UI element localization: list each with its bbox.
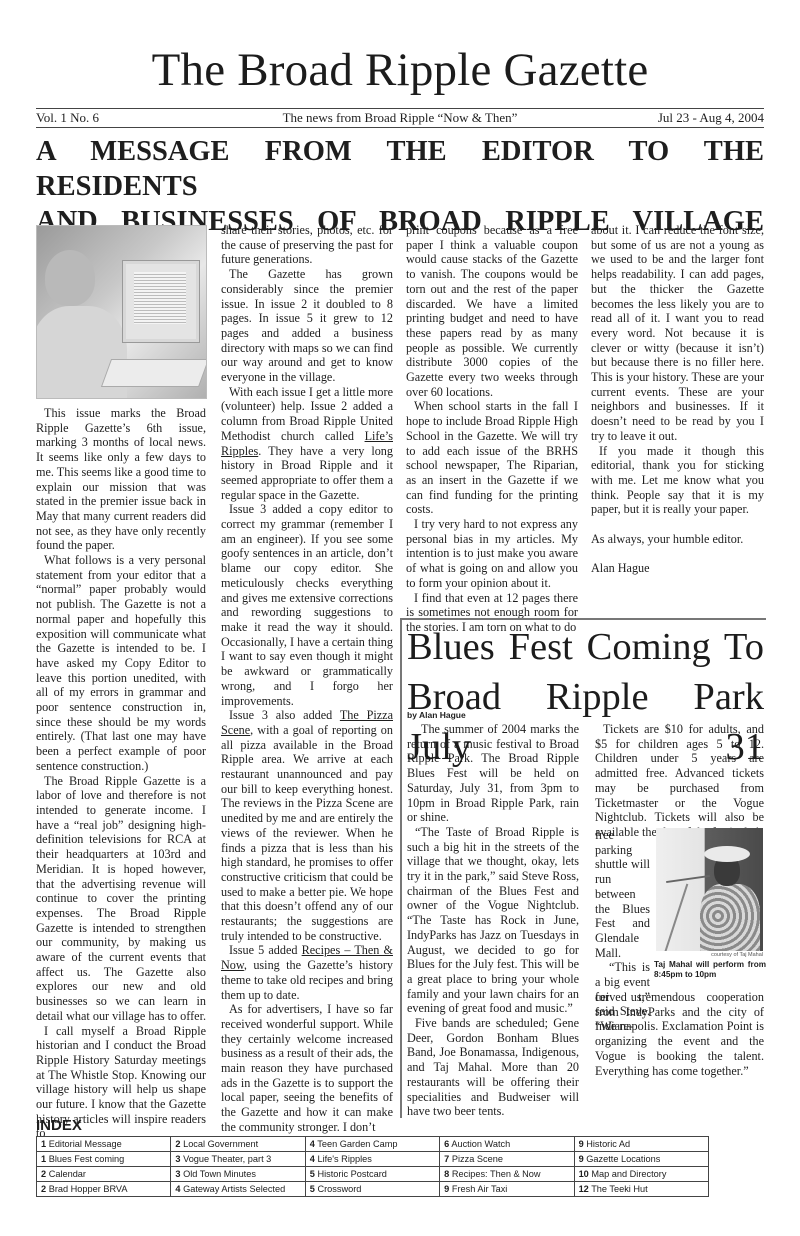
index-row: 2 Brad Hopper BRVA4 Gateway Artists Sele… <box>37 1182 709 1197</box>
index-page-number: 9 <box>579 1154 584 1164</box>
index-entry[interactable]: 2 Calendar <box>37 1167 171 1182</box>
paragraph: free parking shuttle will run between th… <box>595 828 650 960</box>
index-entry[interactable]: 9 Gazette Locations <box>574 1152 708 1167</box>
paragraph: The summer of 2004 marks the return of a… <box>407 722 579 825</box>
index-page-number: 3 <box>175 1154 180 1164</box>
index-page-number: 12 <box>579 1184 589 1194</box>
paragraph: The Broad Ripple Gazette is a labor of l… <box>36 774 206 1024</box>
index-entry[interactable]: 2 Local Government <box>171 1137 305 1152</box>
paragraph: Tickets are $10 for adults, and $5 for c… <box>595 722 764 840</box>
index-entry[interactable]: 3 Vogue Theater, part 3 <box>171 1152 305 1167</box>
index-entry-label: Map and Directory <box>591 1169 666 1179</box>
index-entry-label: Gateway Artists Selected <box>183 1184 285 1194</box>
photo-monitor <box>123 261 199 342</box>
index-page-number: 1 <box>41 1139 46 1149</box>
paragraph: With each issue I get a little more (vol… <box>221 385 393 503</box>
index-page-number: 4 <box>310 1139 315 1149</box>
microphone <box>666 875 710 883</box>
tagline: The news from Broad Ripple “Now & Then” <box>36 109 764 127</box>
newspaper-masthead: The Broad Ripple Gazette <box>0 40 800 100</box>
index-entry-label: Pizza Scene <box>452 1154 503 1164</box>
index-heading: INDEX <box>36 1118 82 1134</box>
index-entry-label: Historic Postcard <box>317 1169 386 1179</box>
index-entry-label: Calendar <box>49 1169 86 1179</box>
photo-performer-hat <box>704 846 750 862</box>
paragraph: Issue 5 added Recipes – Then & Now, usin… <box>221 943 393 1002</box>
index-page-number: 7 <box>444 1154 449 1164</box>
index-entry[interactable]: 5 Crossword <box>305 1182 439 1197</box>
index-page-number: 6 <box>444 1139 449 1149</box>
editorial-column-3: print coupons because as a free paper I … <box>406 223 578 635</box>
index-page-number: 2 <box>41 1184 46 1194</box>
index-page-number: 3 <box>175 1169 180 1179</box>
volume-number: Vol. 1 No. 6 <box>36 109 99 127</box>
index-entry-label: Fresh Air Taxi <box>452 1184 507 1194</box>
editorial-column-2: share their stories, photos, etc. for th… <box>221 223 393 1135</box>
index-entry-label: Old Town Minutes <box>183 1169 256 1179</box>
index-entry[interactable]: 10 Map and Directory <box>574 1167 708 1182</box>
index-entry[interactable]: 7 Pizza Scene <box>440 1152 574 1167</box>
index-entry-label: Local Government <box>183 1139 258 1149</box>
index-page-number: 4 <box>175 1184 180 1194</box>
photo-keyboard <box>102 360 207 386</box>
photo-credit: courtesy of Taj Mahal <box>656 952 763 958</box>
photo-person-head <box>45 250 95 306</box>
blues-column-2-top: Tickets are $10 for adults, and $5 for c… <box>595 722 764 840</box>
index-entry-label: Life's Ripples <box>317 1154 371 1164</box>
index-entry[interactable]: 2 Brad Hopper BRVA <box>37 1182 171 1197</box>
index-page-number: 9 <box>444 1184 449 1194</box>
index-entry[interactable]: 12 The Teeki Hut <box>574 1182 708 1197</box>
index-page-number: 9 <box>579 1139 584 1149</box>
index-entry-label: Vogue Theater, part 3 <box>183 1154 271 1164</box>
photo-performer-shirt <box>700 884 760 951</box>
index-entry[interactable]: 3 Old Town Minutes <box>171 1167 305 1182</box>
paragraph: about it. I can reduce the font size, bu… <box>591 223 764 444</box>
index-table: 1 Editorial Message2 Local Government4 T… <box>36 1136 709 1197</box>
index-entry-label: Recipes: Then & Now <box>452 1169 541 1179</box>
index-page-number: 2 <box>41 1169 46 1179</box>
photo-caption: Taj Mahal will perform from 8:45pm to 10… <box>654 960 766 980</box>
blues-column-2-bottom: ceived tremendous cooperation from IndyP… <box>595 990 764 1078</box>
index-page-number: 1 <box>41 1154 46 1164</box>
byline: by Alan Hague <box>407 710 466 720</box>
paragraph: As for advertisers, I have so far receiv… <box>221 1002 393 1134</box>
editorial-column-1: This issue marks the Broad Ripple Gazett… <box>36 406 206 1141</box>
paragraph: share their stories, photos, etc. for th… <box>221 223 393 267</box>
index-row: 1 Editorial Message2 Local Government4 T… <box>37 1137 709 1152</box>
paragraph: Issue 3 also added The Pizza Scene, with… <box>221 708 393 943</box>
index-entry[interactable]: 8 Recipes: Then & Now <box>440 1167 574 1182</box>
paragraph: The Gazette has grown considerably since… <box>221 267 393 385</box>
index-row: 1 Blues Fest coming3 Vogue Theater, part… <box>37 1152 709 1167</box>
signature: Alan Hague <box>591 561 764 576</box>
index-page-number: 2 <box>175 1139 180 1149</box>
index-entry-label: Editorial Message <box>49 1139 122 1149</box>
index-entry-label: Auction Watch <box>451 1139 510 1149</box>
issue-dates: Jul 23 - Aug 4, 2004 <box>658 109 764 127</box>
photo-editor-icon <box>36 225 207 399</box>
index-page-number: 5 <box>310 1184 315 1194</box>
index-entry-label: Historic Ad <box>586 1139 630 1149</box>
index-page-number: 10 <box>579 1169 589 1179</box>
index-entry[interactable]: 1 Blues Fest coming <box>37 1152 171 1167</box>
paragraph: Issue 3 added a copy editor to correct m… <box>221 502 393 708</box>
index-entry[interactable]: 9 Historic Ad <box>574 1137 708 1152</box>
paragraph: What follows is a very personal statemen… <box>36 553 206 774</box>
index-entry[interactable]: 6 Auction Watch <box>440 1137 574 1152</box>
dateline-bar: The news from Broad Ripple “Now & Then” … <box>36 108 764 128</box>
index-entry-label: Teen Garden Camp <box>317 1139 397 1149</box>
index-entry[interactable]: 4 Gateway Artists Selected <box>171 1182 305 1197</box>
index-entry-label: Gazette Locations <box>586 1154 660 1164</box>
index-entry-label: The Teeki Hut <box>591 1184 648 1194</box>
mic-stand <box>662 884 689 951</box>
photo-taj-mahal-icon <box>656 828 763 951</box>
paragraph: This issue marks the Broad Ripple Gazett… <box>36 406 206 553</box>
paragraph: “The Taste of Broad Ripple is such a big… <box>407 825 579 1016</box>
index-entry-label: Blues Fest coming <box>49 1154 125 1164</box>
paragraph: Five bands are scheduled; Gene Deer, Gor… <box>407 1016 579 1119</box>
index-entry[interactable]: 4 Teen Garden Camp <box>305 1137 439 1152</box>
paragraph: print coupons because as a free paper I … <box>406 223 578 399</box>
index-entry-label: Brad Hopper BRVA <box>49 1184 128 1194</box>
paragraph: When school starts in the fall I hope to… <box>406 399 578 517</box>
index-entry-label: Crossword <box>317 1184 361 1194</box>
headline-line-1: A MESSAGE FROM THE EDITOR TO THE RESIDEN… <box>36 134 764 204</box>
index-page-number: 5 <box>310 1169 315 1179</box>
sign-off: As always, your humble editor. <box>591 532 764 547</box>
index-page-number: 4 <box>310 1154 315 1164</box>
index-entry[interactable]: 4 Life's Ripples <box>305 1152 439 1167</box>
index-entry[interactable]: 9 Fresh Air Taxi <box>440 1182 574 1197</box>
index-entry[interactable]: 5 Historic Postcard <box>305 1167 439 1182</box>
paragraph: If you made it though this editorial, th… <box>591 444 764 518</box>
editorial-column-4: about it. I can reduce the font size, bu… <box>591 223 764 576</box>
index-page-number: 8 <box>444 1169 449 1179</box>
paragraph: I try very hard to not express any perso… <box>406 517 578 591</box>
index-entry[interactable]: 1 Editorial Message <box>37 1137 171 1152</box>
paragraph: ceived tremendous cooperation from IndyP… <box>595 990 764 1078</box>
blues-column-1: The summer of 2004 marks the return of a… <box>407 722 579 1119</box>
index-row: 2 Calendar3 Old Town Minutes5 Historic P… <box>37 1167 709 1182</box>
